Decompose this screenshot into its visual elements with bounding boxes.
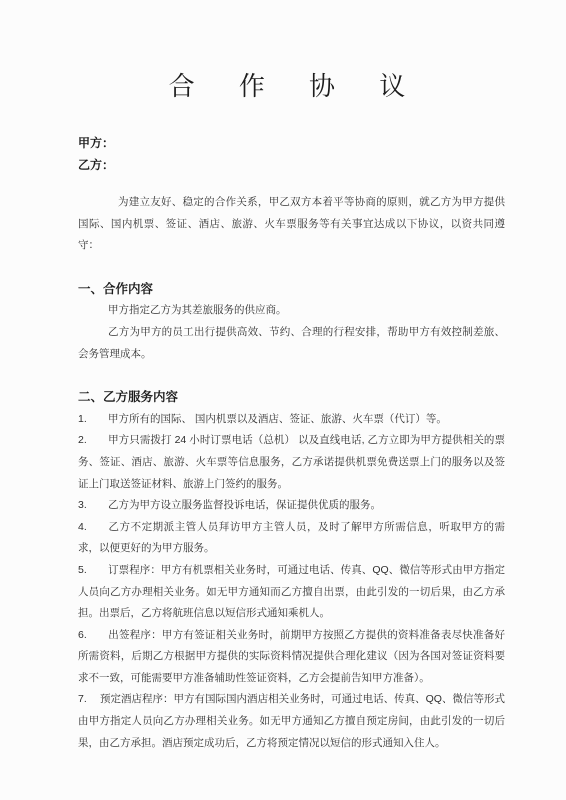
item-number: 1. [78, 409, 108, 431]
item-text: 出签程序：甲方有签证相关业务时，前期甲方按照乙方提供的资料准备表尽快准备好所需资… [78, 629, 505, 684]
section-heading-service-content: 二、乙方服务内容 [78, 387, 505, 409]
item-number: 6. [78, 625, 108, 647]
intro-paragraph: 为建立友好、稳定的合作关系，甲乙双方本着平等协商的原则，就乙方为甲方提供国际、国… [78, 192, 505, 257]
service-item-1: 1.甲方所有的国际、 国内机票以及酒店、签证、旅游、火车票（代订）等。 [78, 409, 505, 431]
section-heading-cooperation-content: 一、合作内容 [78, 279, 505, 301]
party-b-label: 乙方： [78, 154, 505, 176]
item-text: 乙方不定期派主管人员拜访甲方主管人员，及时了解甲方所需信息，听取甲方的需求，以便… [78, 521, 505, 555]
item-number: 4. [78, 517, 108, 539]
item-text: 订票程序：甲方有机票相关业务时，可通过电话、传真、QQ、微信等形式由甲方指定人员… [78, 564, 505, 619]
document-page: 合 作 协 议 甲方： 乙方： 为建立友好、稳定的合作关系，甲乙双方本着平等协商… [0, 0, 566, 800]
cooperation-paragraph-2: 乙方为甲方的员工出行提供高效、节约、合理的行程安排，帮助甲方有效控制差旅、会务管… [78, 322, 505, 365]
service-item-2: 2.甲方只需拨打 24 小时订票电话（总机） 以及直线电话, 乙方立即为甲方提供… [78, 430, 505, 495]
item-text: 乙方为甲方设立服务监督投诉电话，保证提供优质的服务。 [108, 499, 381, 511]
item-number: 7. [78, 689, 100, 711]
service-item-4: 4.乙方不定期派主管人员拜访甲方主管人员，及时了解甲方所需信息，听取甲方的需求，… [78, 517, 505, 560]
cooperation-paragraph-1: 甲方指定乙方为其差旅服务的供应商。 [78, 300, 505, 322]
service-item-6: 6.出签程序：甲方有签证相关业务时，前期甲方按照乙方提供的资料准备表尽快准备好所… [78, 625, 505, 690]
item-text: 甲方只需拨打 24 小时订票电话（总机） 以及直线电话, 乙方立即为甲方提供相关… [78, 434, 505, 489]
item-text: 预定酒店程序：甲方有国际国内酒店相关业务时，可通过电话、传真、QQ、微信等形式由… [78, 693, 505, 748]
document-title: 合 作 协 议 [78, 70, 505, 104]
service-item-5: 5.订票程序：甲方有机票相关业务时，可通过电话、传真、QQ、微信等形式由甲方指定… [78, 560, 505, 625]
item-text: 甲方所有的国际、 国内机票以及酒店、签证、旅游、火车票（代订）等。 [108, 413, 447, 425]
item-number: 2. [78, 430, 108, 452]
party-a-label: 甲方： [78, 132, 505, 154]
item-number: 3. [78, 495, 108, 517]
service-item-7: 7.预定酒店程序：甲方有国际国内酒店相关业务时，可通过电话、传真、QQ、微信等形… [78, 689, 505, 754]
service-item-3: 3.乙方为甲方设立服务监督投诉电话，保证提供优质的服务。 [78, 495, 505, 517]
item-number: 5. [78, 560, 108, 582]
